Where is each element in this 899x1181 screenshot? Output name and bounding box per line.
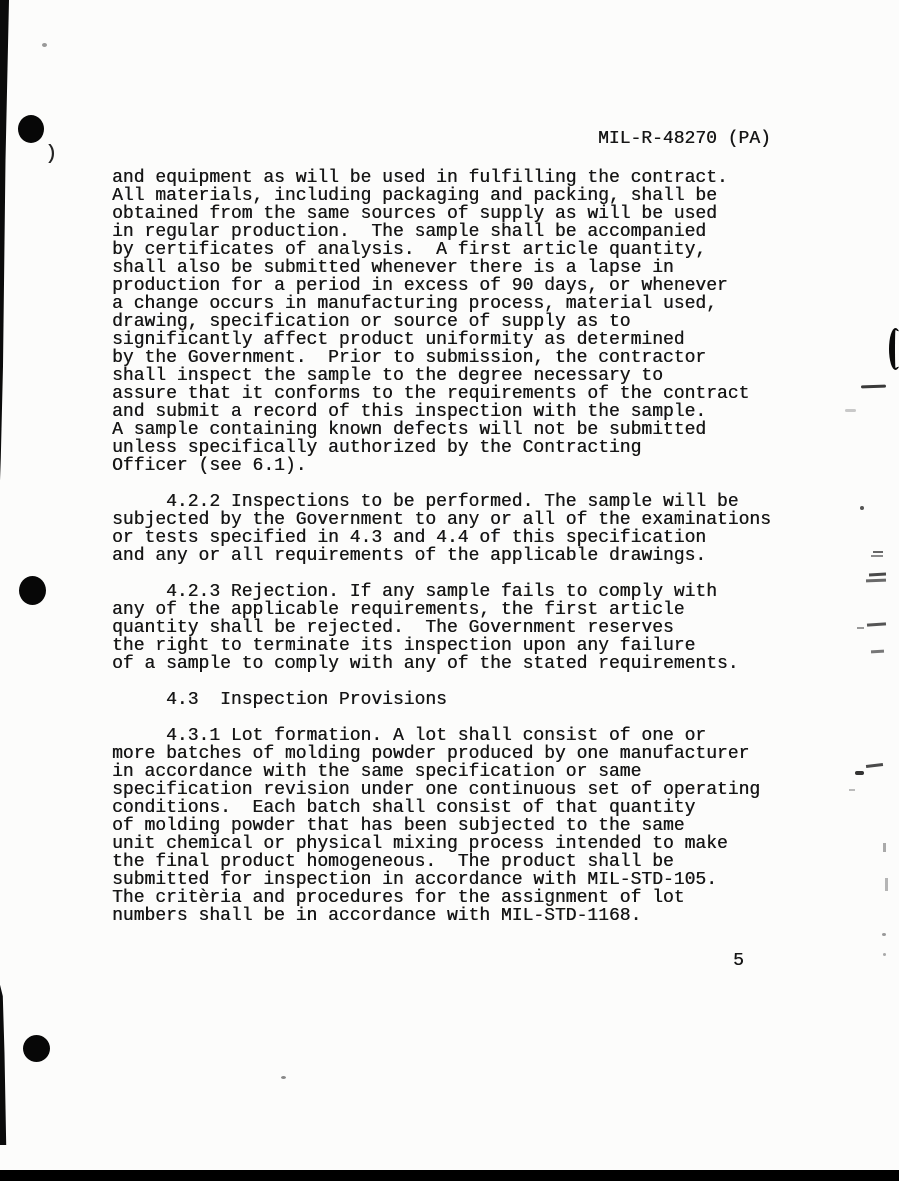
scan-speck-artifact <box>845 409 856 412</box>
scan-edge-artifact-left <box>0 0 10 1145</box>
scan-speck-artifact <box>882 933 886 936</box>
scan-speck-artifact <box>871 555 883 557</box>
scan-speck-artifact <box>866 579 886 583</box>
scan-speck-artifact <box>869 573 886 577</box>
scan-speck-artifact <box>857 627 864 629</box>
scan-speck-artifact <box>873 551 883 553</box>
scan-speck-artifact <box>855 771 864 775</box>
scan-speck-artifact <box>860 506 864 510</box>
punch-hole-mark <box>23 1035 50 1062</box>
paragraph-4-2-2: 4.2.2 Inspections to be performed. The s… <box>112 493 771 565</box>
scan-speck-artifact <box>42 43 47 47</box>
scan-speck-artifact <box>871 650 884 654</box>
paragraph-4-2-3: 4.2.3 Rejection. If any sample fails to … <box>112 583 771 673</box>
scan-speck-artifact <box>885 878 888 891</box>
scan-edge-artifact-bottom <box>0 1170 899 1181</box>
scanned-document-page: ) MIL-R-48270 (PA) and equipment as will… <box>0 0 899 1181</box>
heading-4-3: 4.3 Inspection Provisions <box>112 691 771 709</box>
paragraph-4-2-1-continuation: and equipment as will be used in fulfill… <box>112 169 771 475</box>
scan-speck-artifact <box>281 1076 286 1079</box>
scan-speck-artifact <box>866 763 883 768</box>
scan-speck-artifact <box>883 843 886 852</box>
page-number: 5 <box>733 952 744 970</box>
margin-annotation: ) <box>45 144 57 166</box>
scan-speck-artifact <box>883 953 886 956</box>
punch-hole-mark <box>18 115 44 143</box>
scan-artifact-right-arc <box>889 328 899 370</box>
scan-speck-artifact <box>867 622 886 626</box>
paragraph-4-3-1: 4.3.1 Lot formation. A lot shall consist… <box>112 727 771 925</box>
scan-speck-artifact <box>861 385 886 389</box>
document-body: and equipment as will be used in fulfill… <box>112 169 771 943</box>
document-spec-number: MIL-R-48270 (PA) <box>598 130 771 148</box>
punch-hole-mark <box>19 576 46 605</box>
scan-speck-artifact <box>849 789 855 791</box>
